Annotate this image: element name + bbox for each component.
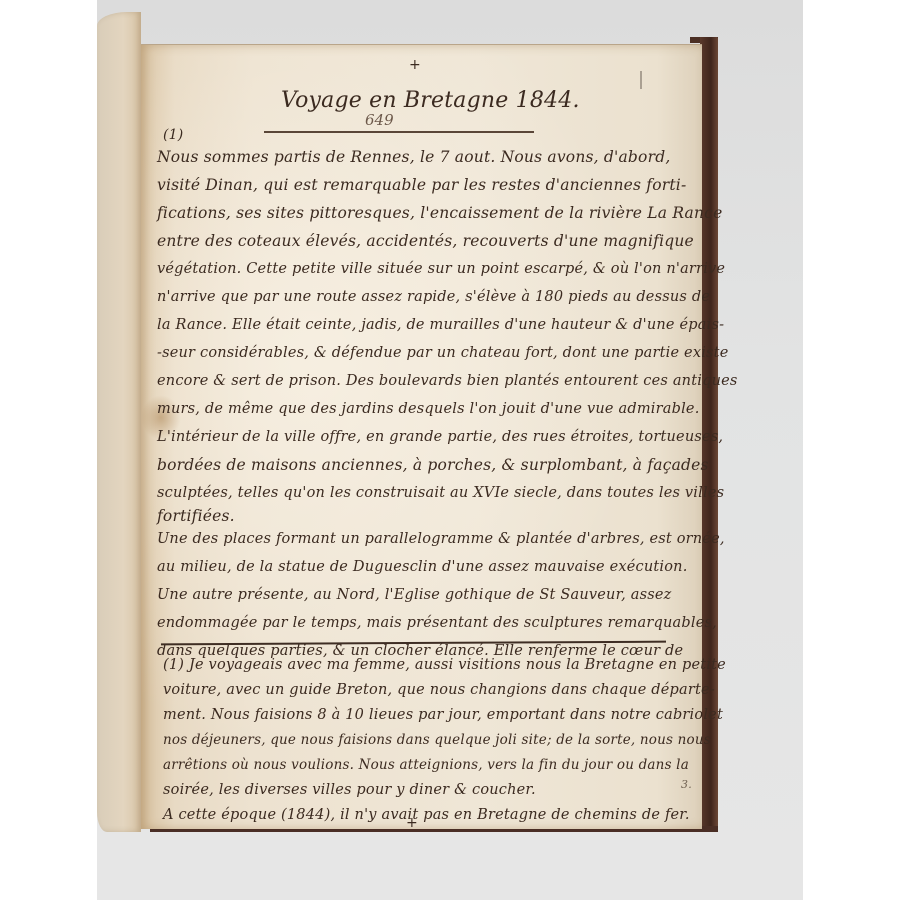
body-line: L'intérieur de la ville offre, en grande… xyxy=(157,423,697,451)
body-line: végétation. Cette petite ville située su… xyxy=(157,255,697,283)
body-line: Une autre présente, au Nord, l'Eglise go… xyxy=(157,581,697,609)
body-text: Nous sommes partis de Rennes, le 7 aout.… xyxy=(157,143,697,665)
footnote-line: A cette époque (1844), il n'y avait pas … xyxy=(163,803,703,828)
footnote-line: voiture, avec un guide Breton, que nous … xyxy=(163,678,703,703)
title-underline xyxy=(264,131,534,133)
cross-mark-top: + xyxy=(409,57,421,73)
footnote-line: arrêtions où nous voulions. Nous atteign… xyxy=(163,753,703,778)
footnote-text: (1) Je voyageais avec ma femme, aussi vi… xyxy=(163,653,703,828)
shelfmark-number: 649 xyxy=(365,111,394,129)
title-block: Voyage en Bretagne 1844. xyxy=(281,87,541,115)
body-line: Une des places formant un parallelogramm… xyxy=(157,525,697,553)
cross-mark-bottom: + xyxy=(406,815,418,831)
body-line: n'arrive que par une route assez rapide,… xyxy=(157,283,697,311)
body-line: fications, ses sites pittoresques, l'enc… xyxy=(157,199,697,227)
body-line: visité Dinan, qui est remarquable par le… xyxy=(157,171,697,199)
footnote-line: (1) Je voyageais avec ma femme, aussi vi… xyxy=(163,653,703,678)
footnote-reference: (1) xyxy=(163,127,183,143)
body-line: murs, de même que des jardins desquels l… xyxy=(157,395,697,423)
body-line: fortifiées. xyxy=(157,507,697,525)
body-line: au milieu, de la statue de Duguesclin d'… xyxy=(157,553,697,581)
body-line: bordées de maisons anciennes, à porches,… xyxy=(157,451,697,479)
pencil-mark xyxy=(640,71,642,89)
body-line: encore & sert de prison. Des boulevards … xyxy=(157,367,697,395)
footnote-line: nos déjeuners, que nous faisions dans qu… xyxy=(163,728,703,753)
facing-page-edge xyxy=(97,12,141,832)
body-line: -seur considérables, & défendue par un c… xyxy=(157,339,697,367)
body-line: sculptées, telles qu'on les construisait… xyxy=(157,479,697,507)
body-line: endommagée par le temps, mais présentant… xyxy=(157,609,697,637)
footnote-line: ment. Nous faisions 8 à 10 lieues par jo… xyxy=(163,703,703,728)
page-number: 3. xyxy=(681,778,692,791)
page-title: Voyage en Bretagne 1844. xyxy=(281,87,541,115)
body-line: la Rance. Elle était ceinte, jadis, de m… xyxy=(157,311,697,339)
footnote-line: soirée, les diverses villes pour y diner… xyxy=(163,778,703,803)
body-line: Nous sommes partis de Rennes, le 7 aout.… xyxy=(157,143,697,171)
manuscript-page: + Voyage en Bretagne 1844. 649 (1) Nous … xyxy=(141,44,702,829)
body-line: entre des coteaux élevés, accidentés, re… xyxy=(157,227,697,255)
